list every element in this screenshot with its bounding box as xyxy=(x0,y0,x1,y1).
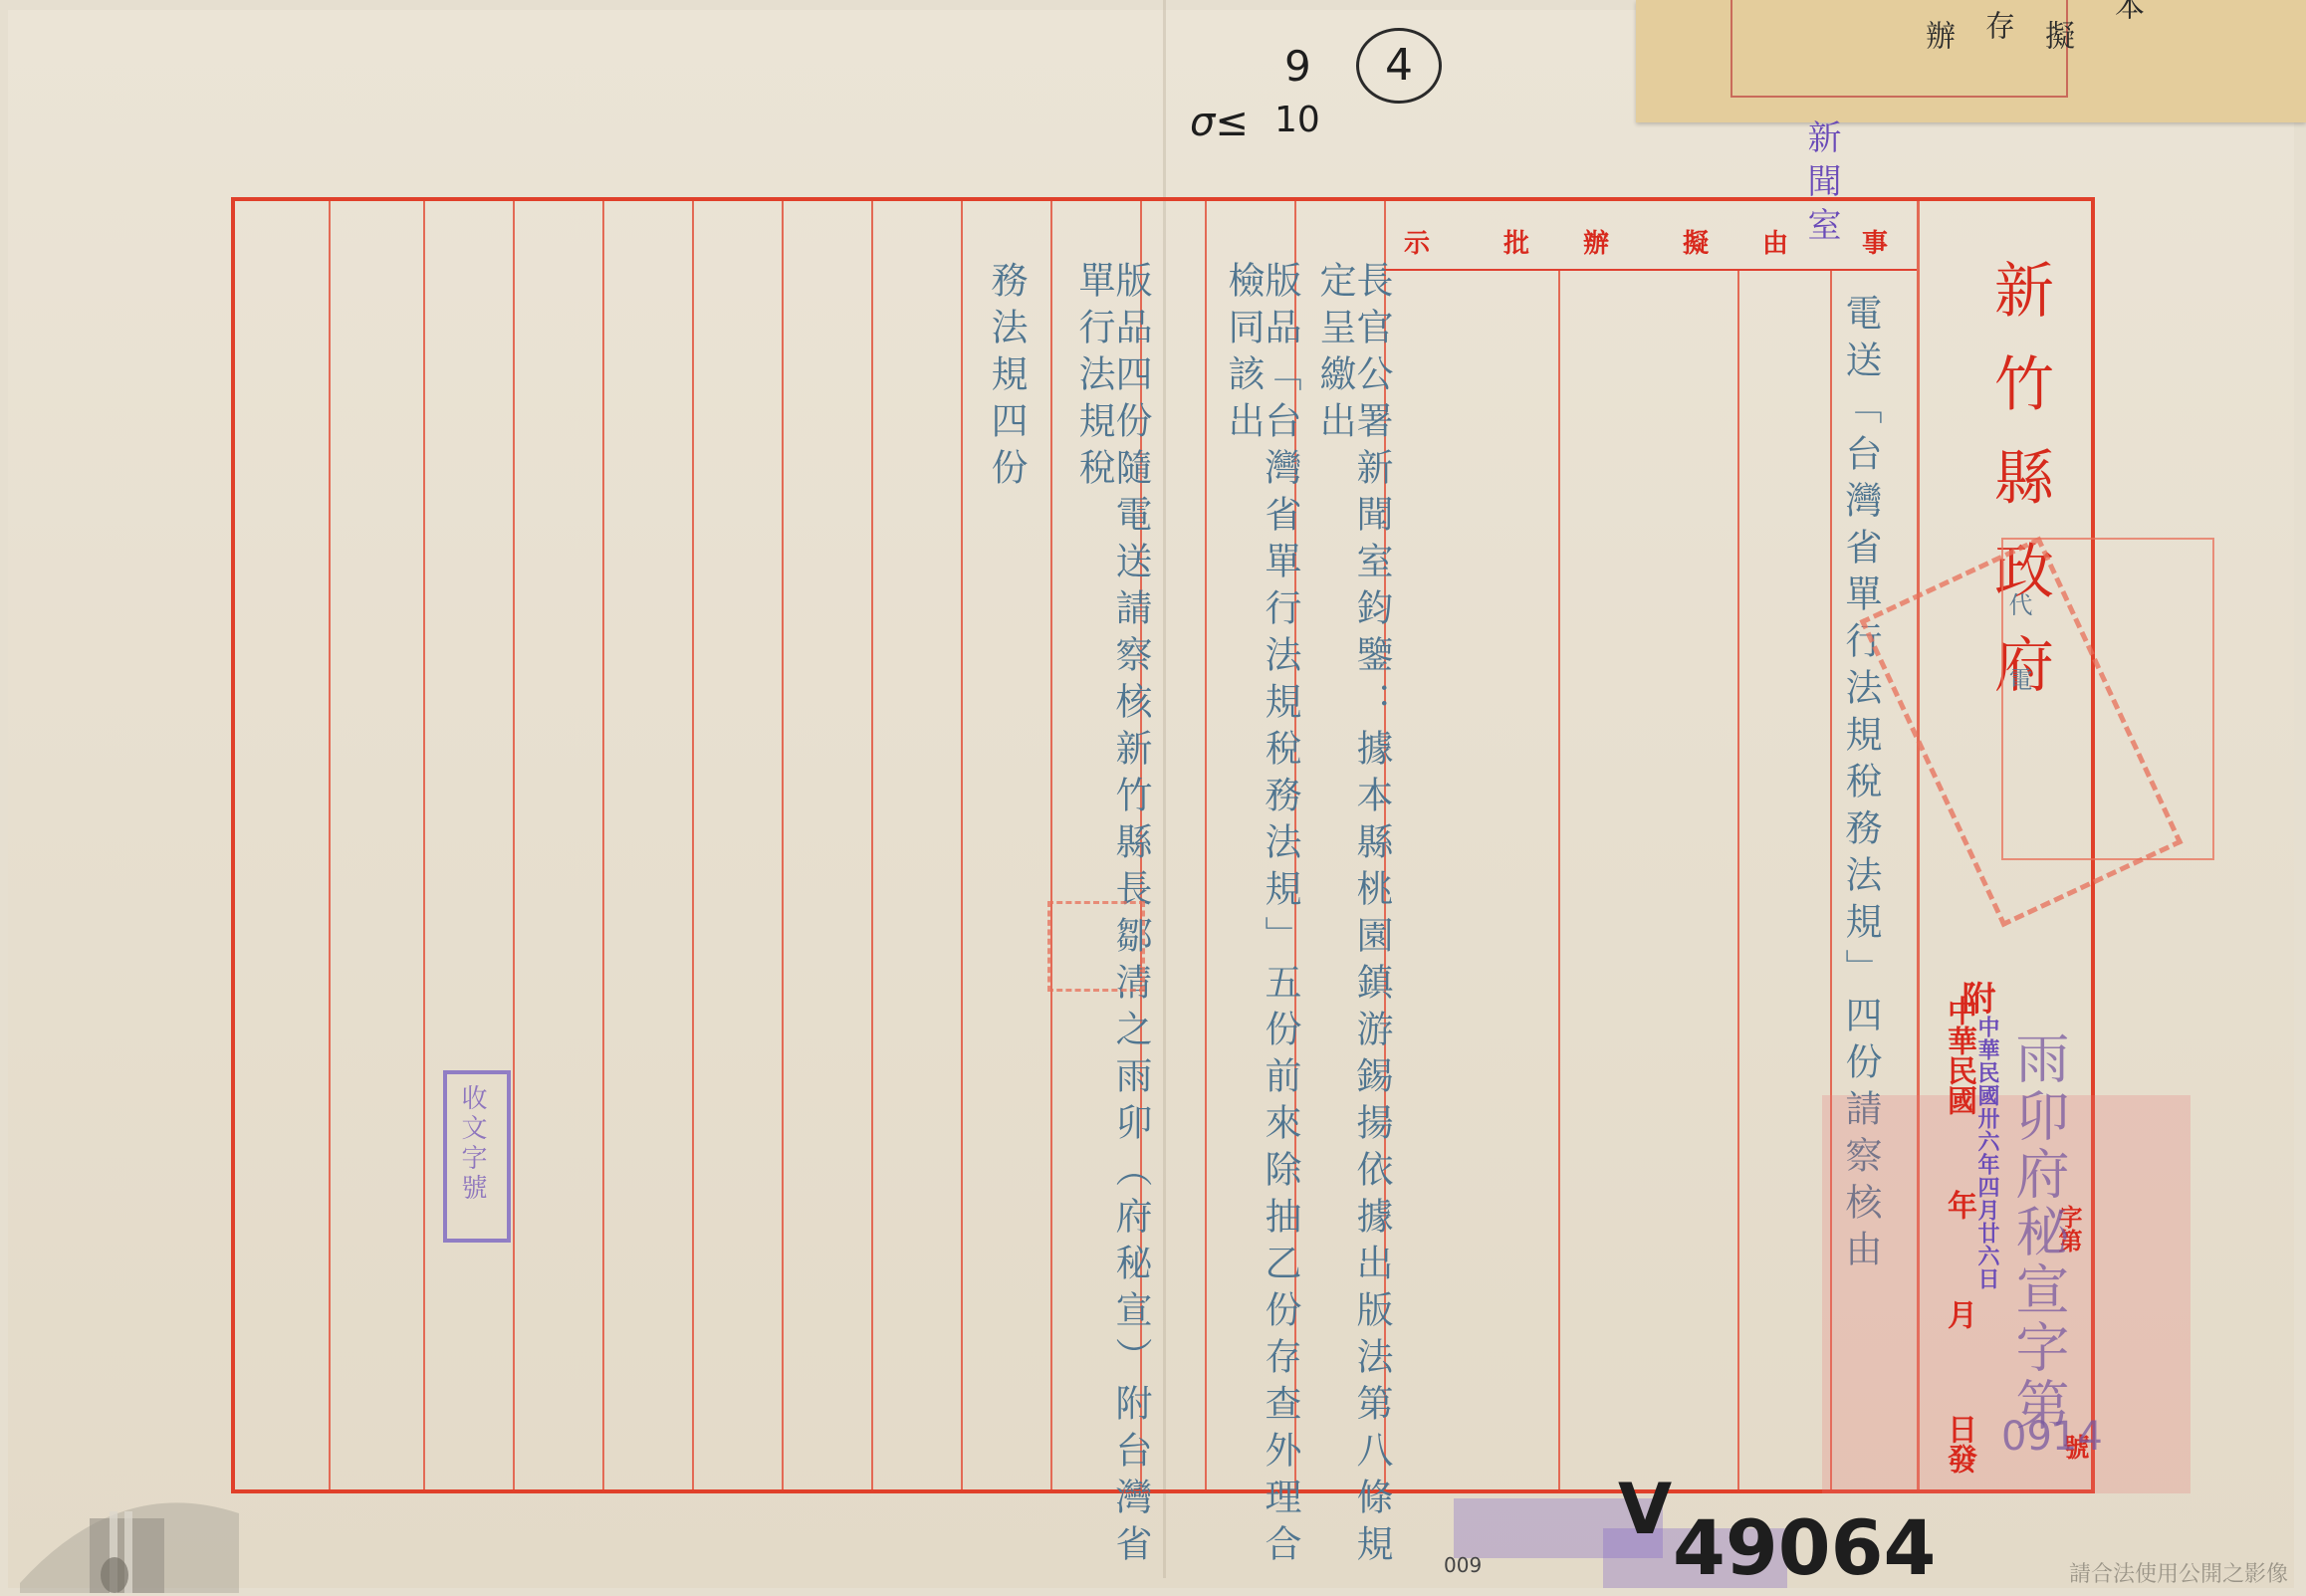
header-subject-char-2: 由 xyxy=(1762,223,1788,260)
page-number: 009 xyxy=(1444,1553,1482,1577)
header-action-char-2: 辦 xyxy=(1583,223,1609,260)
body-column-2: 版品「台灣省單行法規稅務法規」五份前來除抽乙份存查外理合檢同該出 xyxy=(1225,261,1298,1596)
body-column-4: 務法規四份 xyxy=(988,261,1025,495)
date-label-day: 日發 xyxy=(1937,1414,1980,1474)
handwritten-archive-number: 49064 xyxy=(1673,1503,1936,1592)
archive-logo-icon xyxy=(10,1394,239,1593)
body-column-1: 長官公署新聞室鈞鑒：據本縣桃園鎮游錫揚依據出版法第八條規定呈繳出 xyxy=(1316,261,1390,1596)
official-seal-red-inner xyxy=(2001,538,2214,860)
header-subject-char-1: 事 xyxy=(1862,223,1888,260)
receipt-stamp-purple: 收文字號 xyxy=(443,1070,511,1243)
attached-slip: 本 擬 存 辦 xyxy=(1636,0,2306,122)
form-frame xyxy=(231,197,2095,1493)
slip-text: 存 xyxy=(1974,10,2018,44)
county-magistrate-seal xyxy=(1047,901,1145,992)
slip-text: 辦 xyxy=(1915,20,1959,54)
header-instruction-char-2: 示 xyxy=(1404,223,1430,260)
handwritten-checkmark: V xyxy=(1618,1469,1672,1550)
slip-text: 本 xyxy=(2104,0,2148,24)
usage-watermark: 請合法使用公開之影像 xyxy=(2069,1557,2288,1588)
header-action-char-1: 擬 xyxy=(1683,223,1709,260)
date-stamp: 中華民國卅六年四月廿六日 xyxy=(1976,1016,1998,1290)
document-number-digits: 0914 xyxy=(2001,1414,2103,1460)
circled-number: 4 xyxy=(1356,28,1442,104)
slip-text: 擬 xyxy=(2034,20,2078,54)
document-number-stamp: 雨卯府秘宣字第 xyxy=(2011,1030,2065,1435)
handwritten-initial: σ≤ xyxy=(1190,100,1249,145)
header-instruction-char-1: 批 xyxy=(1503,223,1529,260)
handwritten-number-10: 10 xyxy=(1274,100,1320,140)
handwritten-number-9: 9 xyxy=(1284,42,1311,91)
date-label-month: 月 xyxy=(1937,1299,1980,1329)
